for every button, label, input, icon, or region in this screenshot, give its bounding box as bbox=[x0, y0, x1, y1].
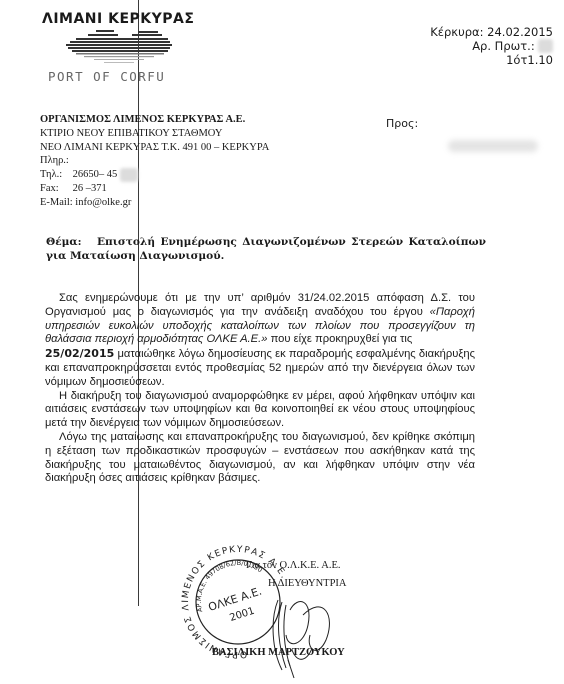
svg-text:2001: 2001 bbox=[228, 606, 256, 624]
logo-title: ΛΙΜΑΝΙ ΚΕΡΚΥΡΑΣ bbox=[42, 11, 194, 27]
handwritten-signature bbox=[268, 590, 338, 680]
letter-body: Σας ενημερώνουμε ότι με την υπ’ αριθμόν … bbox=[45, 292, 475, 486]
signatory-name: ΒΑΣΙΛΙΚΗ ΜΑΡΤΖΟΥΚΟΥ bbox=[212, 647, 345, 658]
subject-label: Θέμα: bbox=[46, 236, 82, 248]
cruise-ship-icon bbox=[58, 28, 174, 68]
sender-contact: Πληρ.: bbox=[40, 154, 269, 168]
sender-email: E-Mail: info@olke.gr bbox=[40, 196, 269, 210]
sender-block: ΟΡΓΑΝΙΣΜΟΣ ΛΙΜΕΝΟΣ ΚΕΡΚΥΡΑΣ Α.Ε. ΚΤΙΡΙΟ … bbox=[40, 113, 269, 210]
signature-title: Η ΔΙΕΥΘΥΝΤΡΙΑ bbox=[268, 578, 347, 589]
place-date: Κέρκυρα: 24.02.2015 bbox=[430, 25, 553, 39]
phone-label: Τηλ.: bbox=[40, 168, 70, 182]
subject-text: Επιστολή Ενημέρωσης Διαγωνιζομένων Στερε… bbox=[46, 236, 486, 262]
logo-subtitle: PORT OF CORFU bbox=[48, 69, 165, 84]
recipient-redaction bbox=[448, 140, 538, 152]
recipient-label: Προς: bbox=[386, 117, 418, 130]
paragraph-1: Σας ενημερώνουμε ότι με την υπ’ αριθμόν … bbox=[45, 292, 475, 390]
paragraph-2: Η διακήρυξη του διαγωνισμού αναμορφώθηκε… bbox=[45, 390, 475, 431]
sender-phone: Τηλ.: 26650– 45 00 0 bbox=[40, 168, 269, 182]
p1-mid: που είχε προκηρυχθεί για τις bbox=[267, 333, 412, 345]
sender-address-1: ΚΤΙΡΙΟ ΝΕΟΥ ΕΠΙΒΑΤΙΚΟΥ ΣΤΑΘΜΟΥ bbox=[40, 127, 269, 141]
subject: Θέμα: Επιστολή Ενημέρωσης Διαγωνιζομένων… bbox=[46, 235, 486, 263]
sender-fax: Fax: 26 –371 bbox=[40, 182, 269, 196]
paragraph-3: Λόγω της ματαίωσης και επαναπροκήρυξης τ… bbox=[45, 431, 475, 486]
signature-on-behalf: Για τον Ο.Λ.Κ.Ε. Α.Ε. bbox=[246, 560, 340, 571]
email-label: E-Mail: bbox=[40, 197, 73, 208]
sender-organization: ΟΡΓΑΝΙΣΜΟΣ ΛΙΜΕΝΟΣ ΚΕΡΚΥΡΑΣ Α.Ε. bbox=[40, 113, 269, 127]
svg-text:ΟΛΚΕ Α.Ε.: ΟΛΚΕ Α.Ε. bbox=[207, 585, 264, 614]
p1-date: 25/02/2015 bbox=[45, 347, 114, 360]
fax-value: 26 –371 bbox=[73, 183, 107, 194]
email-value[interactable]: info@olke.gr bbox=[75, 197, 131, 208]
protocol-number: 1ότ1.10 bbox=[506, 53, 553, 67]
phone-redaction: 00 0 bbox=[120, 168, 138, 182]
fax-label: Fax: bbox=[40, 182, 70, 196]
date-protocol-block: Κέρκυρα: 24.02.2015 Αρ. Πρωτ.: 00 1ότ1.1… bbox=[430, 25, 553, 67]
sender-address-2: ΝΕΟ ΛΙΜΑΝΙ ΚΕΡΚΥΡΑΣ Τ.Κ. 491 00 – ΚΕΡΚΥΡ… bbox=[40, 141, 269, 155]
protocol-redaction: 00 bbox=[538, 39, 553, 53]
protocol-label: Αρ. Πρωτ.: bbox=[472, 39, 535, 53]
p1-start: Σας ενημερώνουμε ότι με την υπ’ αριθμόν … bbox=[45, 292, 475, 318]
protocol-line: Αρ. Πρωτ.: 00 1ότ1.10 bbox=[430, 39, 553, 67]
phone-value: 26650– 45 bbox=[73, 169, 118, 180]
